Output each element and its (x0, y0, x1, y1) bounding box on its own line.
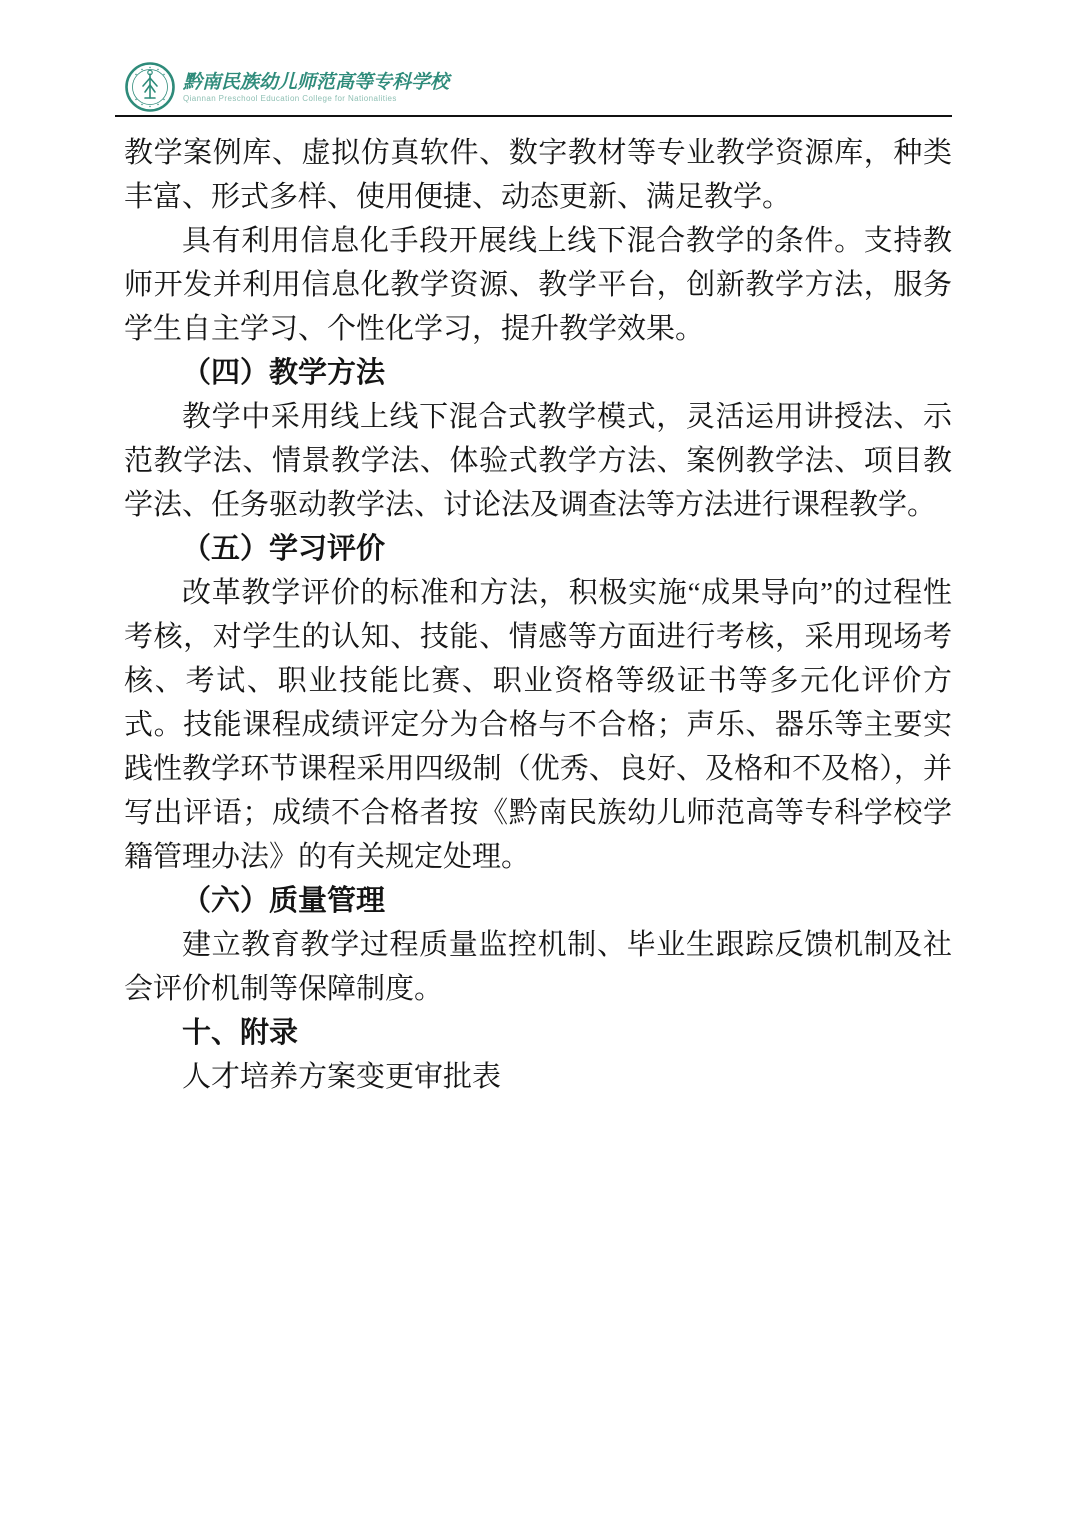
paragraph: 具有利用信息化手段开展线上线下混合教学的条件。支持教师开发并利用信息化教学资源、… (124, 219, 952, 351)
school-emblem-icon (125, 62, 175, 112)
chapter-heading-10: 十、附录 (124, 1011, 952, 1055)
paragraph: 人才培养方案变更审批表 (124, 1055, 952, 1099)
school-name-zh: 黔南民族幼儿师范高等专科学校 (183, 71, 449, 93)
school-titles: 黔南民族幼儿师范高等专科学校 Qiannan Preschool Educati… (183, 71, 449, 104)
section-heading-4: （四）教学方法 (124, 351, 952, 395)
paragraph: 改革教学评价的标准和方法，积极实施“成果导向”的过程性考核，对学生的认知、技能、… (124, 571, 952, 879)
section-heading-6: （六）质量管理 (124, 879, 952, 923)
paragraph: 建立教育教学过程质量监控机制、毕业生跟踪反馈机制及社会评价机制等保障制度。 (124, 923, 952, 1011)
document-body: 教学案例库、虚拟仿真软件、数字教材等专业教学资源库，种类丰富、形式多样、使用便捷… (124, 131, 952, 1099)
paragraph: 教学中采用线上线下混合式教学模式，灵活运用讲授法、示范教学法、情景教学法、体验式… (124, 395, 952, 527)
school-name-en: Qiannan Preschool Education College for … (183, 93, 449, 104)
document-page: 黔南民族幼儿师范高等专科学校 Qiannan Preschool Educati… (0, 0, 1074, 1520)
paragraph-continuation: 教学案例库、虚拟仿真软件、数字教材等专业教学资源库，种类丰富、形式多样、使用便捷… (124, 131, 952, 219)
letterhead: 黔南民族幼儿师范高等专科学校 Qiannan Preschool Educati… (125, 62, 449, 112)
section-heading-5: （五）学习评价 (124, 527, 952, 571)
header-divider (115, 115, 952, 117)
